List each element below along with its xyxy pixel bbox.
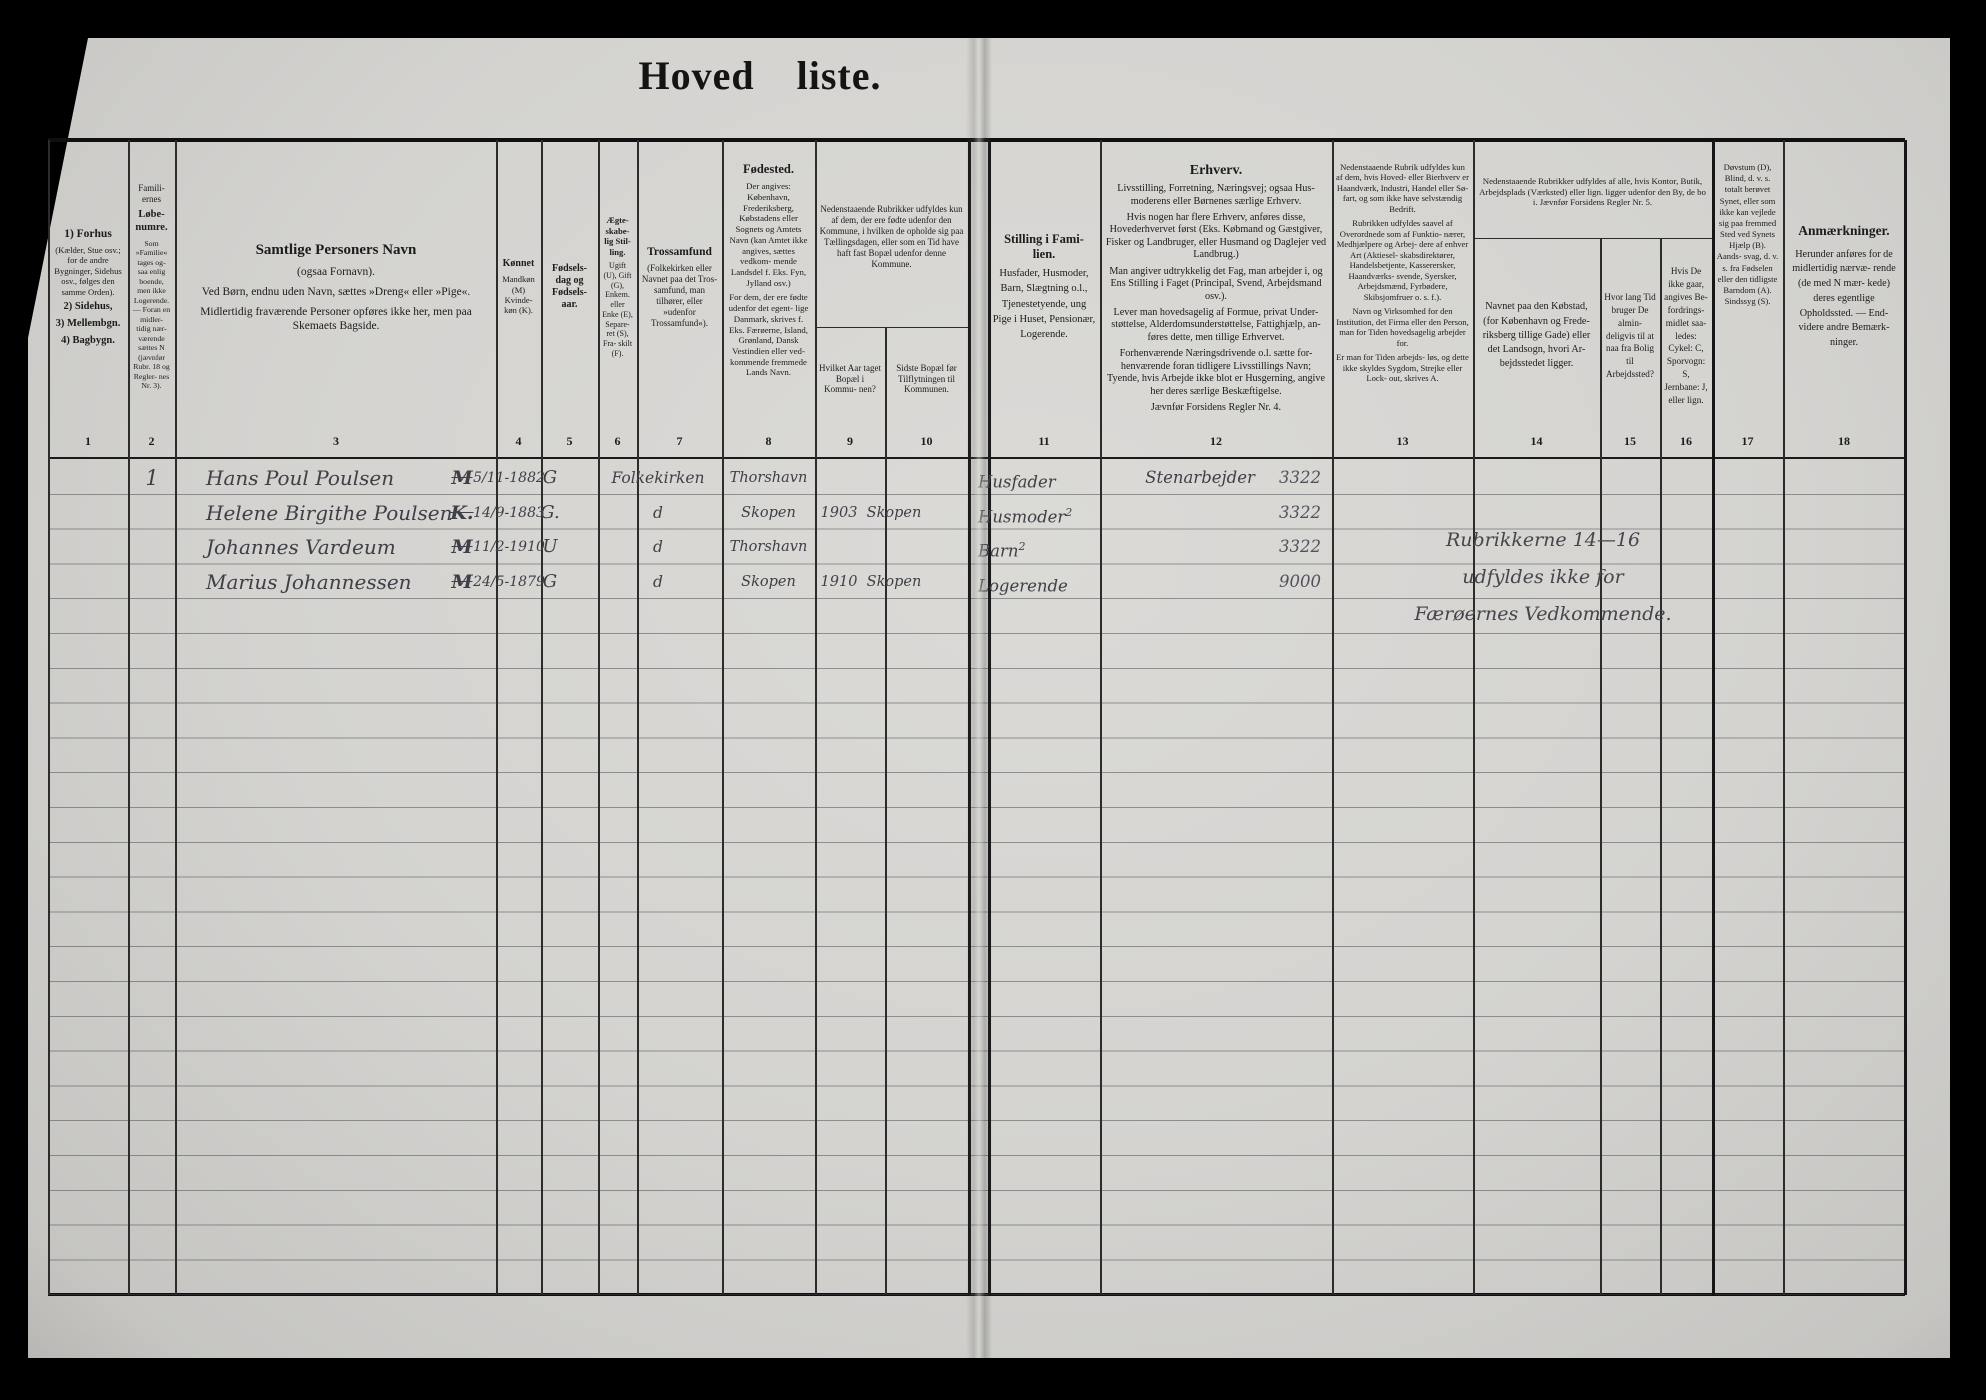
column-13-body: Nedenstaaende Rubrik udfyldes kun af dem… bbox=[1336, 162, 1469, 214]
cell-religion: d bbox=[598, 532, 718, 564]
handwritten-note-line2: udfyldes ikke for bbox=[1398, 559, 1688, 596]
scan-background: Hoved liste. 1) Forhus bbox=[0, 0, 1986, 1400]
column-number-11: 11 bbox=[989, 434, 1099, 449]
page-title: Hoved liste. bbox=[600, 52, 920, 99]
cell-marital-status: G bbox=[533, 463, 567, 495]
cell-occupation-code: 3322 bbox=[1235, 463, 1321, 495]
page-title-word2: liste. bbox=[797, 52, 882, 99]
column-14-body: Navnet paa den Købstad, (for København o… bbox=[1477, 300, 1596, 371]
column-12-title: Erhverv. bbox=[1190, 162, 1243, 179]
column-17-header: Døvstum (D), Blind, d. v. s. totalt berø… bbox=[1713, 146, 1782, 428]
cell-occupation-code: 3322 bbox=[1235, 498, 1321, 530]
cell-marital-status: G bbox=[533, 567, 567, 599]
column-13-body2: Rubrikken udfyldes saavel af Overordnede… bbox=[1336, 218, 1469, 302]
column-2-header: Famili- ernes Løbe- numre. Som »Familie«… bbox=[129, 146, 174, 428]
column-1-item: 3) Mellembgn. bbox=[56, 316, 121, 333]
column-8-title: Fødested. bbox=[743, 162, 794, 177]
cell-marital-status: U bbox=[533, 532, 567, 564]
grid-line-vertical bbox=[885, 327, 887, 1295]
column-6-title: Ægte- skabe- lig Stil- ling. bbox=[602, 215, 633, 257]
column-number-15: 15 bbox=[1601, 434, 1659, 449]
cell-birthplace: Thorshavn bbox=[722, 532, 815, 564]
column-11-header: Stilling i Fami- lien. Husfader, Husmode… bbox=[989, 146, 1099, 428]
page-title-word1: Hoved bbox=[639, 52, 755, 99]
column-number-13: 13 bbox=[1333, 434, 1472, 449]
column-number-6: 6 bbox=[599, 434, 636, 449]
column-8-header: Fødested. Der angives: København, Freder… bbox=[723, 146, 814, 428]
column-11-body: Husfader, Husmoder, Barn, Slægtning o.l.… bbox=[992, 266, 1096, 342]
cell-last-residence: Skopen bbox=[858, 498, 930, 530]
column-number-17: 17 bbox=[1713, 434, 1782, 449]
column-17-body: Døvstum (D), Blind, d. v. s. totalt berø… bbox=[1716, 162, 1779, 307]
column-4-body: Mandkøn (M) Kvinde- køn (K). bbox=[500, 274, 537, 315]
column-number-5: 5 bbox=[542, 434, 597, 449]
column-number-16: 16 bbox=[1661, 434, 1711, 449]
cell-birthplace: Skopen bbox=[722, 567, 815, 599]
column-12-header: Erhverv. Livsstilling, Forretning, Nærin… bbox=[1101, 146, 1331, 428]
grid-line-vertical bbox=[1904, 140, 1907, 1295]
column-number-2: 2 bbox=[129, 434, 174, 449]
column-8-body: Der angives: København, Frederiksberg, K… bbox=[726, 181, 811, 288]
column-3-body2: Ved Børn, endnu uden Navn, sættes »Dreng… bbox=[202, 285, 471, 299]
handwritten-note-line3: Færøernes Vedkommende. bbox=[1398, 596, 1688, 633]
column-4-title: Kønnet bbox=[503, 258, 535, 270]
column-3-header: Samtlige Personers Navn (ogsaa Fornavn).… bbox=[177, 146, 495, 428]
columns-14-16-merged-header: Nedenstaaende Rubrikker udfyldes af alle… bbox=[1474, 146, 1711, 238]
cell-birthplace: Thorshavn bbox=[722, 463, 815, 495]
column-1-item: 4) Bagbygn. bbox=[61, 333, 115, 350]
column-9-body: Hvilket Aar taget Bopæl i Kommu- nen? bbox=[819, 363, 881, 396]
column-13-header: Nedenstaaende Rubrik udfyldes kun af dem… bbox=[1333, 146, 1472, 428]
column-number-10: 10 bbox=[886, 434, 967, 449]
columns-9-10-merged-text: Nedenstaaende Rubrikker udfyldes kun af … bbox=[819, 204, 964, 270]
column-2-pretitle: Famili- ernes bbox=[132, 183, 171, 205]
column-5-title: Fødsels- dag og Fødsels- aar. bbox=[545, 263, 594, 312]
column-12-body6: Jævnfør Forsidens Regler Nr. 4. bbox=[1151, 402, 1281, 414]
merged-14-16-divider bbox=[1473, 238, 1712, 239]
cell-religion: Folkekirken bbox=[598, 463, 718, 495]
column-15-body: Hvor lang Tid bruger De almin- deligvis … bbox=[1604, 291, 1656, 381]
cell-marital-status: G. bbox=[533, 498, 567, 530]
cell-occupation-code: 9000 bbox=[1235, 567, 1321, 599]
cell-family-position-mark: 2 bbox=[1065, 506, 1072, 519]
handwritten-note-line1: Rubrikkerne 14—16 bbox=[1398, 522, 1688, 559]
column-number-12: 12 bbox=[1101, 434, 1331, 449]
column-number-4: 4 bbox=[497, 434, 540, 449]
cell-religion: d bbox=[598, 498, 718, 530]
column-1-item: 2) Sidehus, bbox=[63, 299, 112, 316]
column-12-body4: Lever man hovedsagelig af Formue, privat… bbox=[1104, 307, 1328, 344]
column-12-body2: Hvis nogen har flere Erhverv, anføres di… bbox=[1104, 212, 1328, 262]
column-16-body: Hvis De ikke gaar, angives Be- fordrings… bbox=[1664, 265, 1708, 407]
column-number-8: 8 bbox=[723, 434, 814, 449]
column-3-body: (ogsaa Fornavn). bbox=[297, 265, 375, 279]
book-fold bbox=[966, 38, 992, 1358]
column-3-body3: Midlertidig fraværende Personer opføres … bbox=[180, 305, 492, 333]
column-3-title: Samtlige Personers Navn bbox=[256, 241, 417, 259]
column-number-3: 3 bbox=[177, 434, 495, 449]
column-6-body: Ugift (U), Gift (G), Enkem. eller Enke (… bbox=[602, 261, 633, 359]
column-12-body: Livsstilling, Forretning, Næringsvej; og… bbox=[1104, 183, 1328, 208]
column-1-body: (Kælder, Stue osv.; for de andre Bygning… bbox=[53, 245, 123, 297]
column-16-header: Hvis De ikke gaar, angives Be- fordrings… bbox=[1661, 240, 1711, 432]
column-7-header: Trossamfund (Folkekirken eller Navnet pa… bbox=[638, 146, 721, 428]
cell-religion: d bbox=[598, 567, 718, 599]
column-9-header: Hvilket Aar taget Bopæl i Kommu- nen? bbox=[816, 330, 884, 428]
column-15-header: Hvor lang Tid bruger De almin- deligvis … bbox=[1601, 240, 1659, 432]
cell-family-number: 1 bbox=[130, 463, 174, 495]
cell-last-residence: Skopen bbox=[858, 567, 930, 599]
column-4-header: Kønnet Mandkøn (M) Kvinde- køn (K). bbox=[497, 146, 540, 428]
cell-occupation-code: 3322 bbox=[1235, 532, 1321, 564]
column-7-title: Trossamfund bbox=[647, 245, 712, 259]
column-6-header: Ægte- skabe- lig Stil- ling. Ugift (U), … bbox=[599, 146, 636, 428]
column-1-header: 1) Forhus (Kælder, Stue osv.; for de and… bbox=[50, 146, 126, 428]
column-number-7: 7 bbox=[638, 434, 721, 449]
cell-family-position-mark: 2 bbox=[1018, 540, 1025, 553]
column-5-header: Fødsels- dag og Fødsels- aar. bbox=[542, 146, 597, 428]
column-2-title: Løbe- numre. bbox=[132, 209, 171, 235]
cell-birthplace: Skopen bbox=[722, 498, 815, 530]
column-8-body2: For dem, der ere fødte udenfor det egent… bbox=[726, 292, 811, 378]
column-18-header: Anmærkninger. Herunder anføres for de mi… bbox=[1784, 146, 1904, 428]
column-number-1: 1 bbox=[50, 434, 126, 449]
column-number-18: 18 bbox=[1784, 434, 1904, 449]
column-10-body: Sidste Bopæl før Tilflytningen til Kommu… bbox=[889, 363, 964, 396]
column-18-title: Anmærkninger. bbox=[1798, 223, 1889, 239]
column-number-14: 14 bbox=[1474, 434, 1599, 449]
columns-9-10-merged-header: Nedenstaaende Rubrikker udfyldes kun af … bbox=[816, 146, 967, 328]
column-1-title: 1) Forhus bbox=[64, 227, 112, 241]
columns-14-16-merged-text: Nedenstaaende Rubrikker udfyldes af alle… bbox=[1477, 176, 1708, 208]
column-number-9: 9 bbox=[816, 434, 884, 449]
column-14-header: Navnet paa den Købstad, (for København o… bbox=[1474, 240, 1599, 432]
column-13-body3: Navn og Virksomhed for den Institution, … bbox=[1336, 306, 1469, 348]
column-7-body: (Folkekirken eller Navnet paa det Tros- … bbox=[641, 263, 718, 329]
census-page: Hoved liste. 1) Forhus bbox=[28, 38, 1950, 1358]
column-12-body3: Man angiver udtrykkelig det Fag, man arb… bbox=[1104, 266, 1328, 303]
column-12-body5: Forhenværende Næringsdrivende o.l. sætte… bbox=[1104, 348, 1328, 398]
column-11-title: Stilling i Fami- lien. bbox=[992, 232, 1096, 263]
column-13-body4: Er man for Tiden arbejds- løs, og dette … bbox=[1336, 352, 1469, 383]
handwritten-note: Rubrikkerne 14—16 udfyldes ikke for Færø… bbox=[1398, 522, 1688, 633]
column-18-body: Herunder anføres for de midlertidig nærv… bbox=[1787, 248, 1901, 351]
column-2-body: Som »Familie« tages og- saa enlig boende… bbox=[132, 239, 171, 391]
column-10-header: Sidste Bopæl før Tilflytningen til Kommu… bbox=[886, 330, 967, 428]
